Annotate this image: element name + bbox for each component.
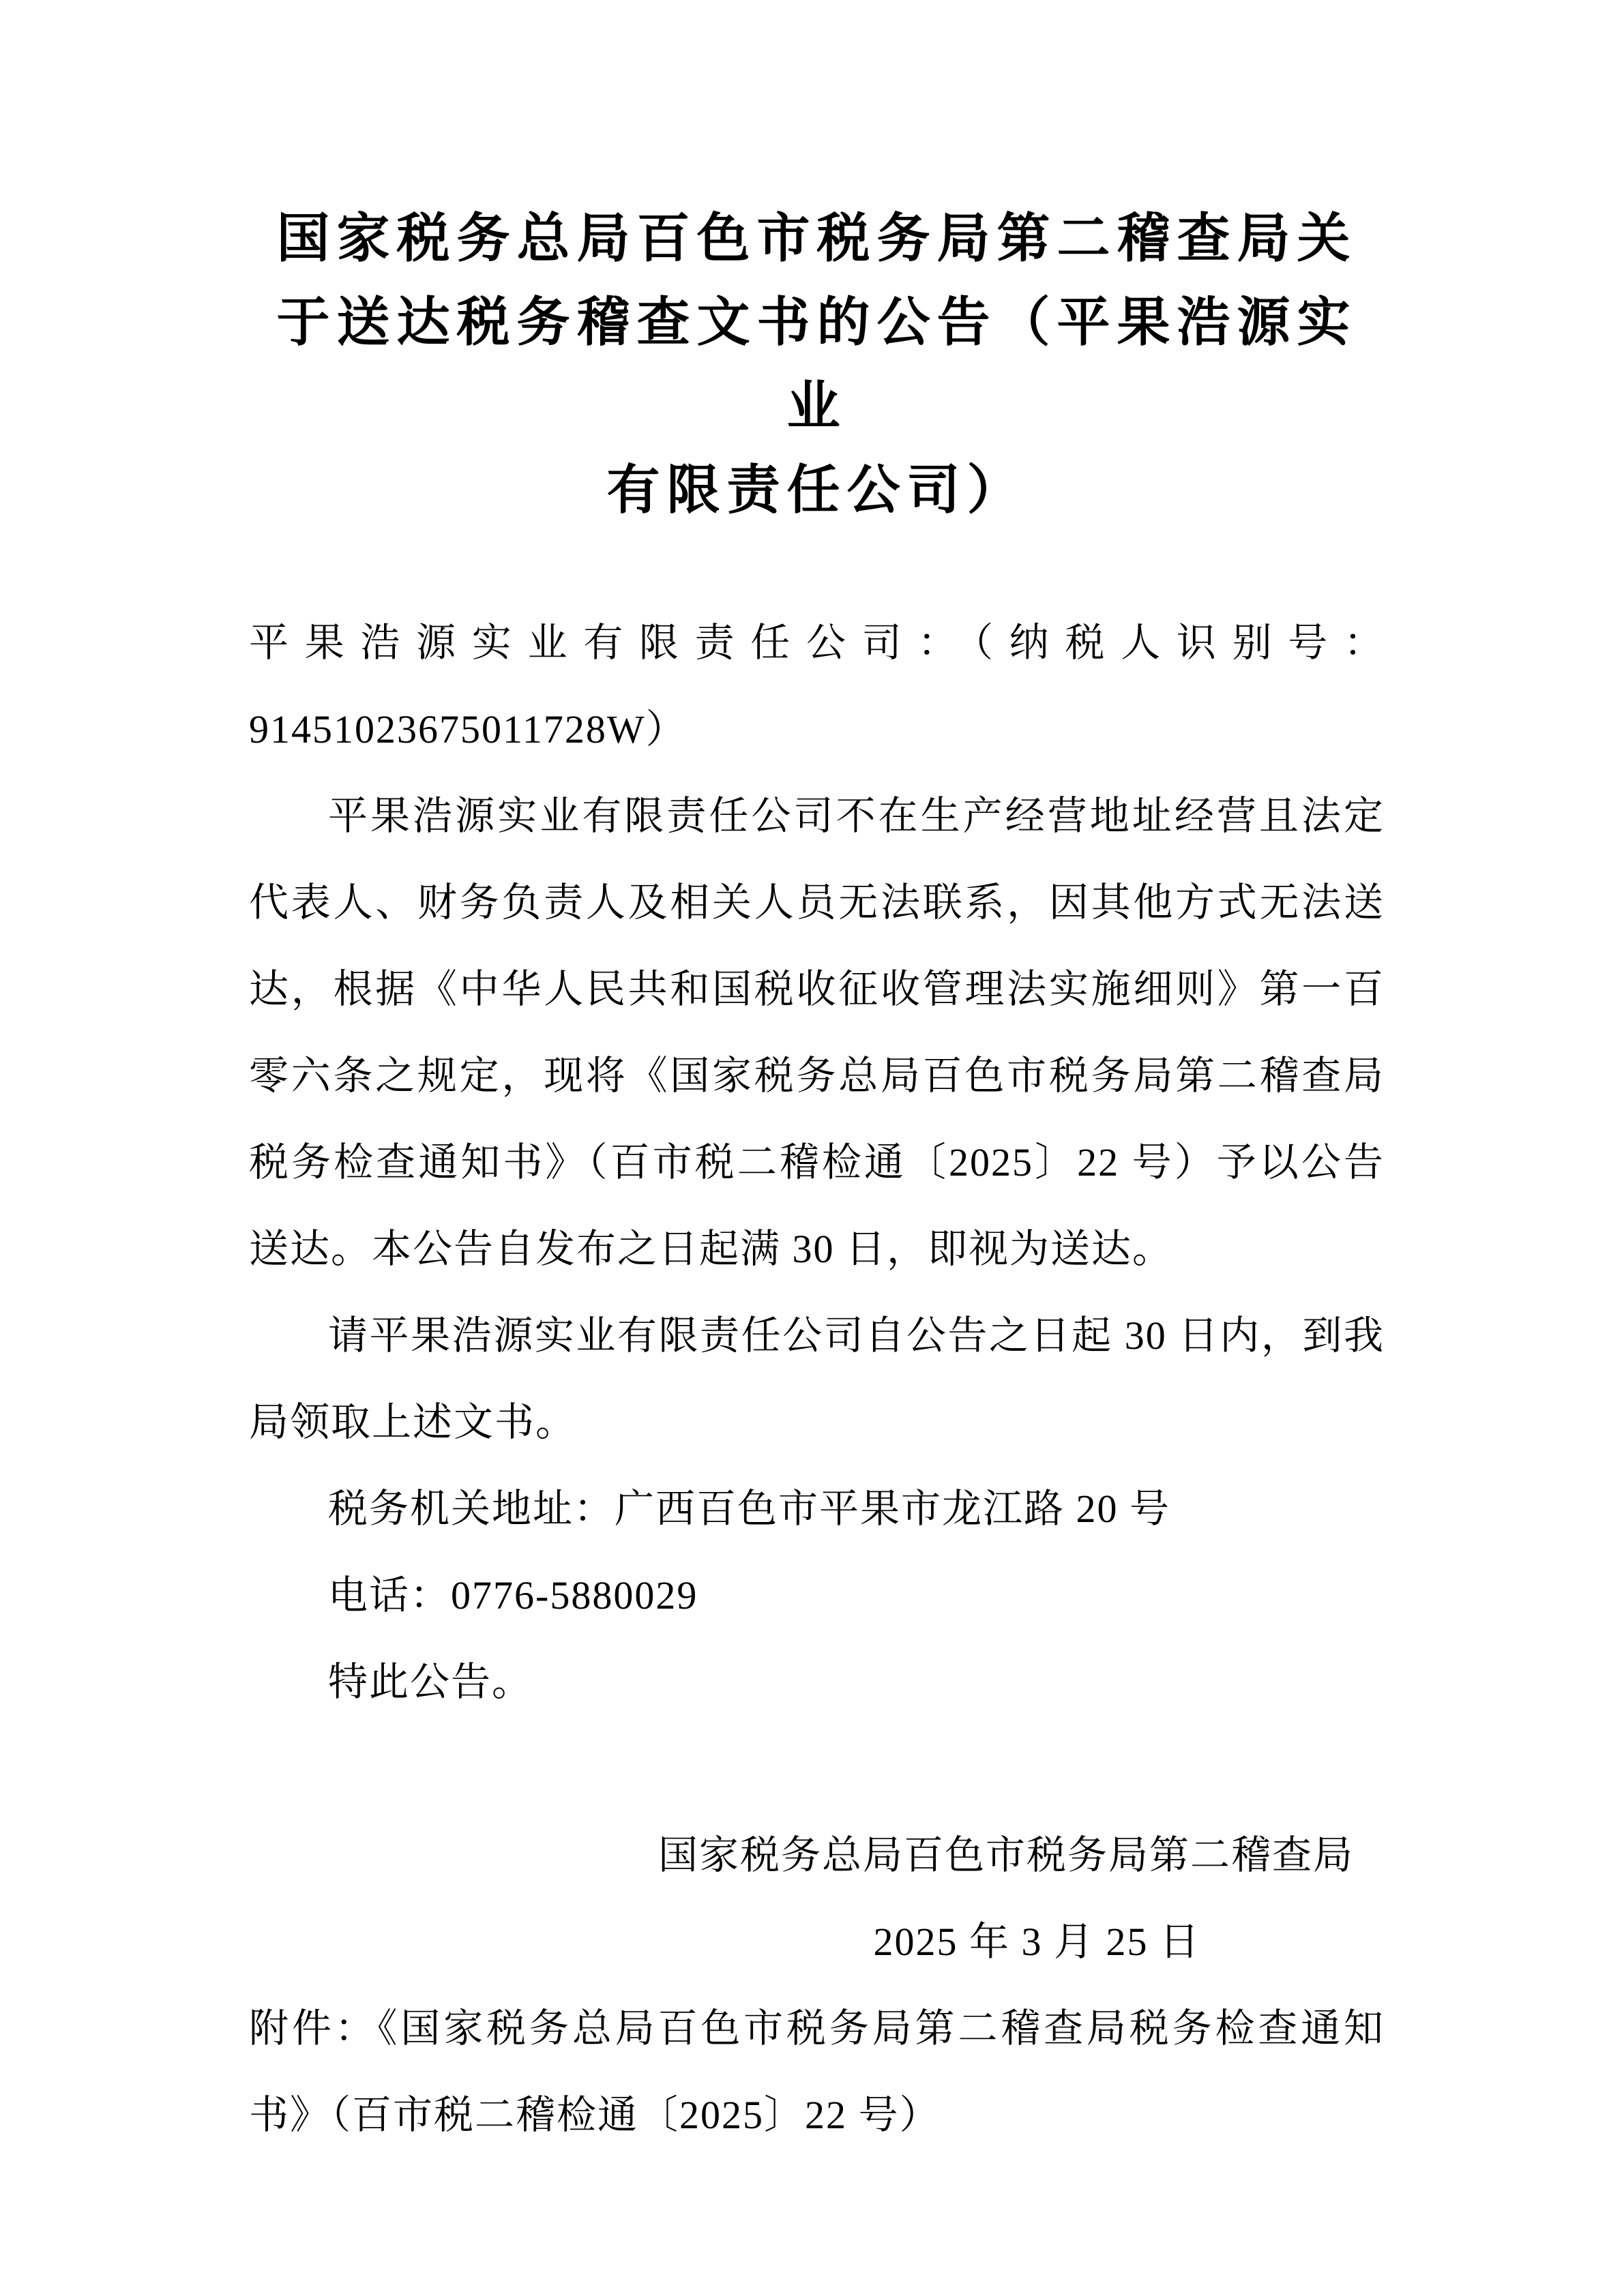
paragraph-closing: 特此公告。 — [249, 1639, 1385, 1725]
salutation-line: 平果浩源实业有限责任公司：（纳税人识别号：91451023675011728W） — [249, 599, 1385, 773]
document-content: 国家税务总局百色市税务局第二稽查局关 于送达税务稽查文书的公告（平果浩源实业 有… — [249, 196, 1385, 2158]
paragraph-office-address: 税务机关地址：广西百色市平果市龙江路 20 号 — [249, 1465, 1385, 1552]
paragraph-phone: 电话：0776-5880029 — [249, 1552, 1385, 1639]
issuer-signature: 国家税务总局百色市税务局第二稽查局 — [249, 1812, 1385, 1898]
attachment-line: 附件：《国家税务总局百色市税务局第二稽查局税务检查通知书》（百市税二稽检通〔20… — [249, 1985, 1385, 2158]
paragraph-delivery-basis: 平果浩源实业有限责任公司不在生产经营地址经营且法定代表人、财务负责人及相关人员无… — [249, 773, 1385, 1292]
title-line-2: 于送达税务稽查文书的公告（平果浩源实业 — [249, 280, 1385, 448]
issue-date: 2025 年 3 月 25 日 — [249, 1898, 1385, 1985]
document-page: 国家税务总局百色市税务局第二稽查局关 于送达税务稽查文书的公告（平果浩源实业 有… — [0, 0, 1624, 2296]
paragraph-collection-notice: 请平果浩源实业有限责任公司自公告之日起 30 日内，到我局领取上述文书。 — [249, 1292, 1385, 1465]
title-line-3: 有限责任公司） — [249, 448, 1385, 532]
document-body: 平果浩源实业有限责任公司：（纳税人识别号：91451023675011728W）… — [249, 599, 1385, 2158]
title-line-1: 国家税务总局百色市税务局第二稽查局关 — [249, 196, 1385, 280]
document-title: 国家税务总局百色市税务局第二稽查局关 于送达税务稽查文书的公告（平果浩源实业 有… — [249, 196, 1385, 532]
